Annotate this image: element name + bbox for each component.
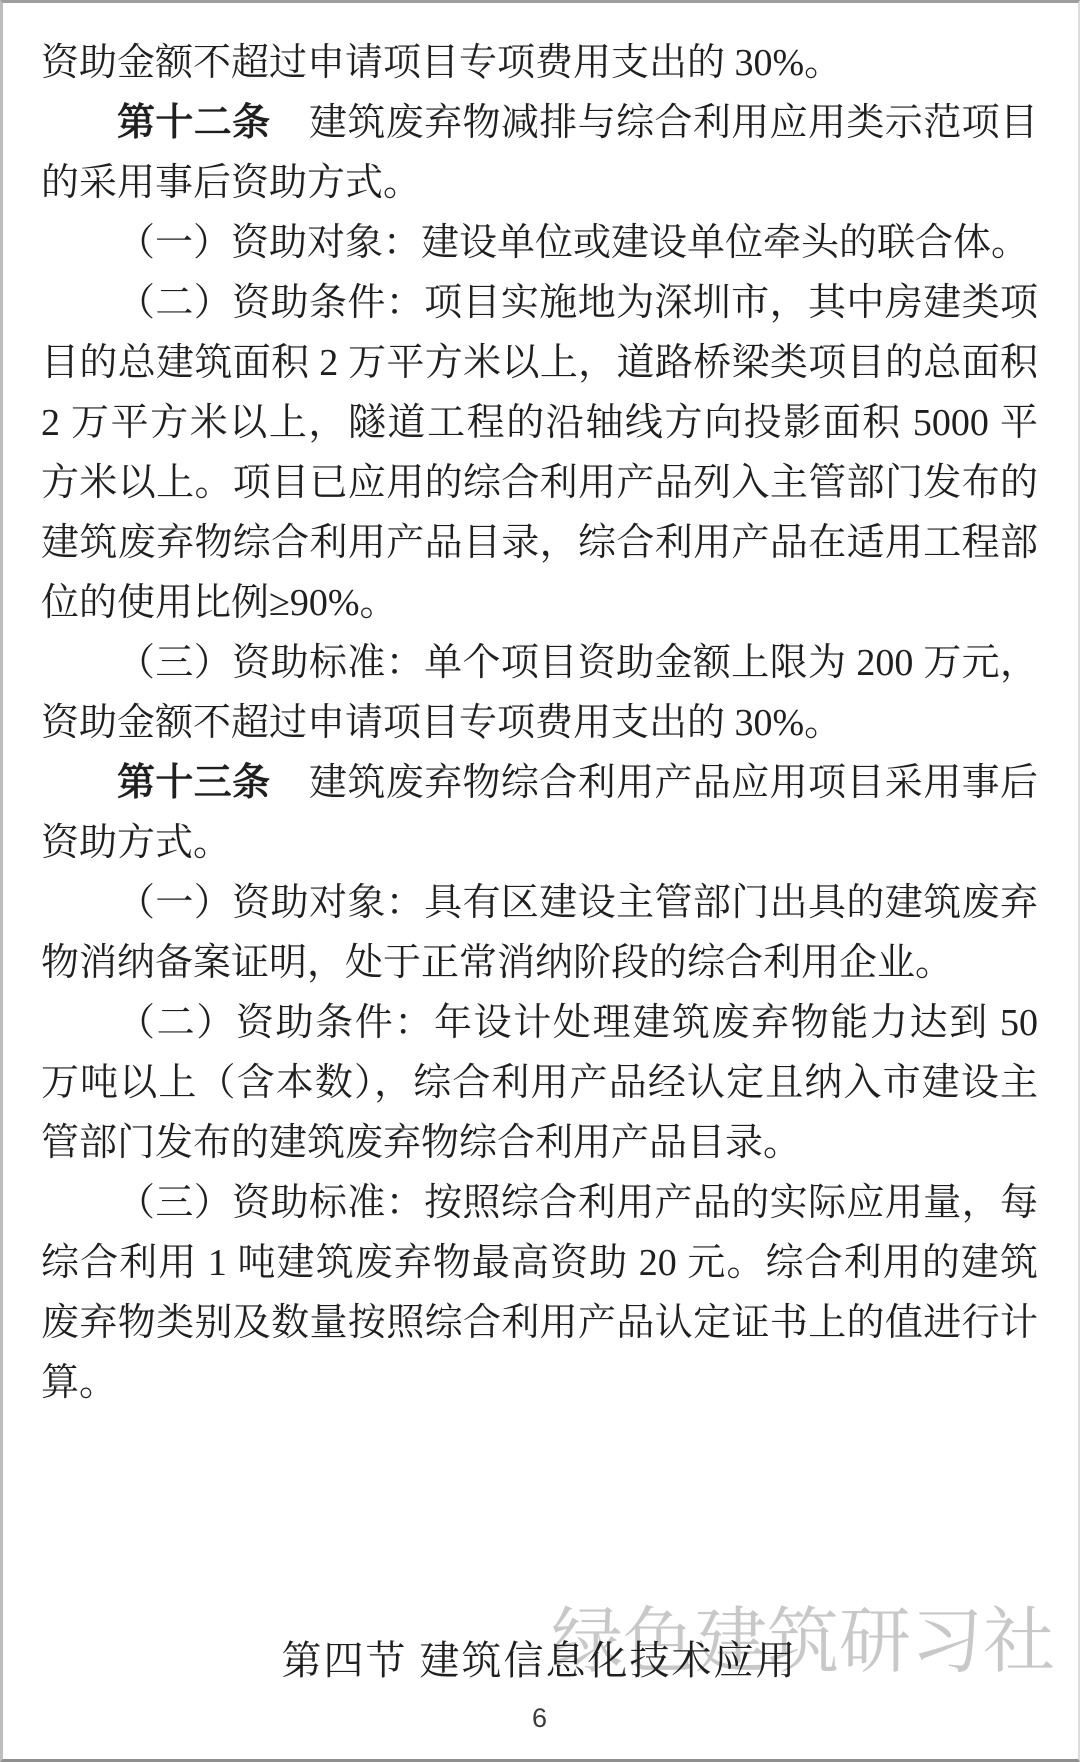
paragraph-item-1-funding-target: （一）资助对象：建设单位或建设单位牵头的联合体。 (41, 213, 1038, 273)
paragraph-item-1-funding-target-2: （一）资助对象：具有区建设主管部门出具的建筑废弃物消纳备案证明，处于正常消纳阶段… (41, 873, 1038, 993)
paragraph-article-13: 第十三条 建筑废弃物综合利用产品应用项目采用事后资助方式。 (41, 753, 1038, 873)
document-page: 资助金额不超过申请项目专项费用支出的 30%。 第十二条 建筑废弃物减排与综合利… (0, 0, 1080, 1762)
paragraph-item-2-funding-conditions-2: （二）资助条件：年设计处理建筑废弃物能力达到 50 万吨以上（含本数），综合利用… (41, 993, 1038, 1173)
paragraph-item-3-funding-standard: （三）资助标准：单个项目资助金额上限为 200 万元，资助金额不超过申请项目专项… (41, 633, 1038, 753)
paragraph-item-2-funding-conditions: （二）资助条件：项目实施地为深圳市，其中房建类项目的总建筑面积 2 万平方米以上… (41, 273, 1038, 633)
paragraph-article-12: 第十二条 建筑废弃物减排与综合利用应用类示范项目的采用事后资助方式。 (41, 93, 1038, 213)
page-number: 6 (41, 1701, 1038, 1735)
article-13-number: 第十三条 (117, 762, 271, 804)
paragraph-item-3-funding-standard-2: （三）资助标准：按照综合利用产品的实际应用量，每综合利用 1 吨建筑废弃物最高资… (41, 1173, 1038, 1413)
article-12-number: 第十二条 (117, 102, 271, 144)
paragraph-continuation: 资助金额不超过申请项目专项费用支出的 30%。 (41, 33, 1038, 93)
section-heading: 第四节 建筑信息化技术应用 (41, 1631, 1038, 1691)
document-body: 资助金额不超过申请项目专项费用支出的 30%。 第十二条 建筑废弃物减排与综合利… (3, 3, 1078, 1735)
